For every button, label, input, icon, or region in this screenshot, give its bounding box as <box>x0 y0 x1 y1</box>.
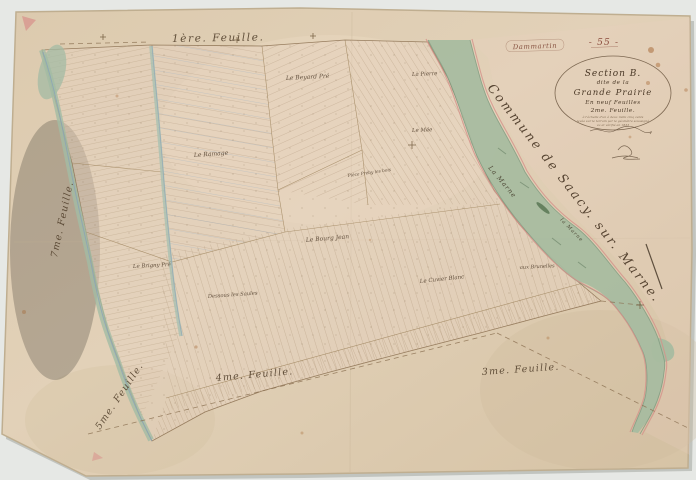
cadastral-map-svg: Section B. dite de la Grande Prairie En … <box>0 0 696 480</box>
adjacent-sheet-north: 1ère. Feuille. <box>172 31 265 45</box>
place-label: La Pierre <box>411 71 438 78</box>
cartouche-section-title: Section B. <box>585 69 642 79</box>
cartouche-note-3: vu et vérifié en 1833 <box>597 123 629 127</box>
scanned-map-sheet: Section B. dite de la Grande Prairie En … <box>0 0 696 480</box>
cartouche-sheet-ordinal: 2me. Feuille. <box>590 108 635 114</box>
cartouche-subtitle: dite de la <box>597 80 630 86</box>
place-label: Le Mée <box>411 126 433 134</box>
cartouche-place-title: Grande Prairie <box>574 88 653 98</box>
stamp-text: Dammartin <box>512 42 558 52</box>
cartouche-sheets-count: En neuf Feuilles <box>584 100 640 106</box>
